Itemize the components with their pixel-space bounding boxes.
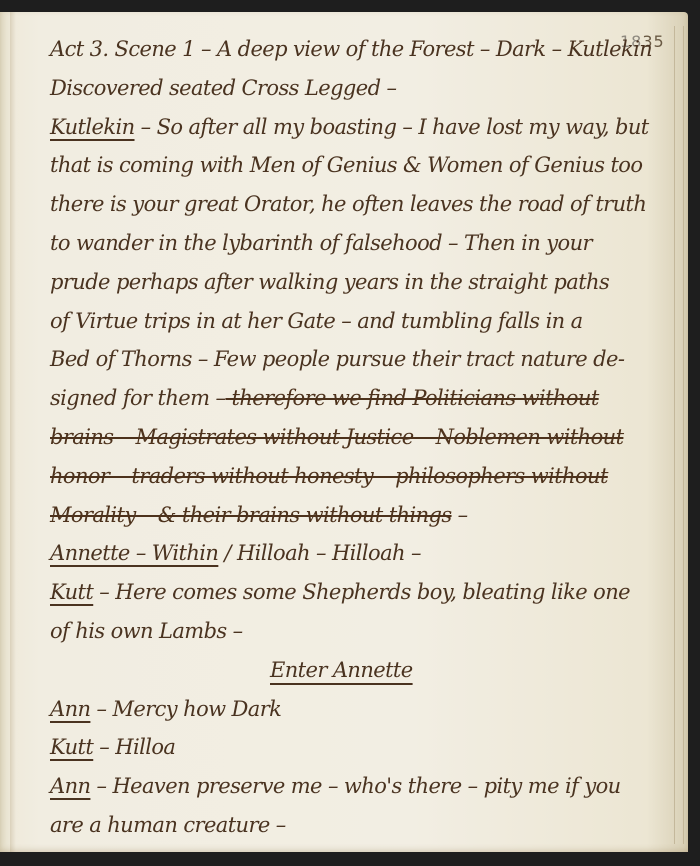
line-text: are a human creature –	[50, 813, 286, 837]
line-text: that is coming with Men of Genius & Wome…	[50, 153, 642, 177]
speaker-name: Ann	[50, 697, 90, 721]
text-line: Act 3. Scene 1 – A deep view of the Fore…	[50, 30, 680, 69]
text-line: Bed of Thorns – Few people pursue their …	[50, 340, 680, 379]
stage-direction: Enter Annette	[270, 658, 413, 682]
speaker-name: Annette – Within	[50, 541, 218, 565]
binding-gutter	[10, 12, 16, 852]
line-text: – So after all my boasting – I have lost…	[135, 115, 649, 139]
text-line: to wander in the lybarinth of falsehood …	[50, 224, 680, 263]
text-line: Kutt – Here comes some Shepherds boy, bl…	[50, 573, 680, 612]
line-text: –	[452, 503, 468, 527]
text-line: Morality – & their brains without things…	[50, 496, 680, 535]
speaker-name: Kutt	[50, 735, 93, 759]
text-line: Ann – Heaven preserve me – who's there –…	[50, 767, 680, 806]
text-line: honor – traders without honesty – philos…	[50, 457, 680, 496]
line-text: to wander in the lybarinth of falsehood …	[50, 231, 592, 255]
speaker-name: Kutlekin	[50, 115, 135, 139]
line-text: Bed of Thorns – Few people pursue their …	[50, 347, 624, 371]
text-line: are a human creature –	[50, 806, 680, 845]
line-text: signed for them –	[50, 386, 225, 410]
text-line: Kutt – Hilloa	[50, 728, 680, 767]
struck-text: brains – Magistrates without Justice – N…	[50, 425, 623, 449]
line-text: of his own Lambs –	[50, 619, 243, 643]
line-text: Act 3. Scene 1 – A deep view of the Fore…	[50, 37, 652, 61]
text-line: Ann – Mercy how Dark	[50, 690, 680, 729]
manuscript-page: 1835 Act 3. Scene 1 – A deep view of the…	[0, 12, 688, 852]
text-line: of Virtue trips in at her Gate – and tum…	[50, 302, 680, 341]
text-line: there is your great Orator, he often lea…	[50, 185, 680, 224]
line-text: there is your great Orator, he often lea…	[50, 192, 646, 216]
struck-text: therefore we find Politicians without	[225, 386, 598, 410]
text-line: that is coming with Men of Genius & Wome…	[50, 146, 680, 185]
line-text: – Mercy how Dark	[90, 697, 281, 721]
text-line: Kutlekin – So after all my boasting – I …	[50, 108, 680, 147]
text-line: prude perhaps after walking years in the…	[50, 263, 680, 302]
text-line: of his own Lambs –	[50, 612, 680, 651]
text-line: Annette – Within / Hilloah – Hilloah –	[50, 534, 680, 573]
line-text: of Virtue trips in at her Gate – and tum…	[50, 309, 583, 333]
line-text: prude perhaps after walking years in the…	[50, 270, 609, 294]
speaker-name: Ann	[50, 774, 90, 798]
text-line: Discovered seated Cross Legged –	[50, 69, 680, 108]
line-text: – Heaven preserve me – who's there – pit…	[90, 774, 620, 798]
text-line: brains – Magistrates without Justice – N…	[50, 418, 680, 457]
struck-text: honor – traders without honesty – philos…	[50, 464, 608, 488]
line-text: – Hilloa	[93, 735, 175, 759]
struck-text: Morality – & their brains without things	[50, 503, 452, 527]
manuscript-text: Act 3. Scene 1 – A deep view of the Fore…	[50, 30, 680, 845]
line-text: – Here comes some Shepherds boy, bleatin…	[93, 580, 630, 604]
text-line: Enter Annette	[50, 651, 680, 690]
line-text: Discovered seated Cross Legged –	[50, 76, 396, 100]
text-line: signed for them – therefore we find Poli…	[50, 379, 680, 418]
line-text: / Hilloah – Hilloah –	[218, 541, 421, 565]
speaker-name: Kutt	[50, 580, 93, 604]
